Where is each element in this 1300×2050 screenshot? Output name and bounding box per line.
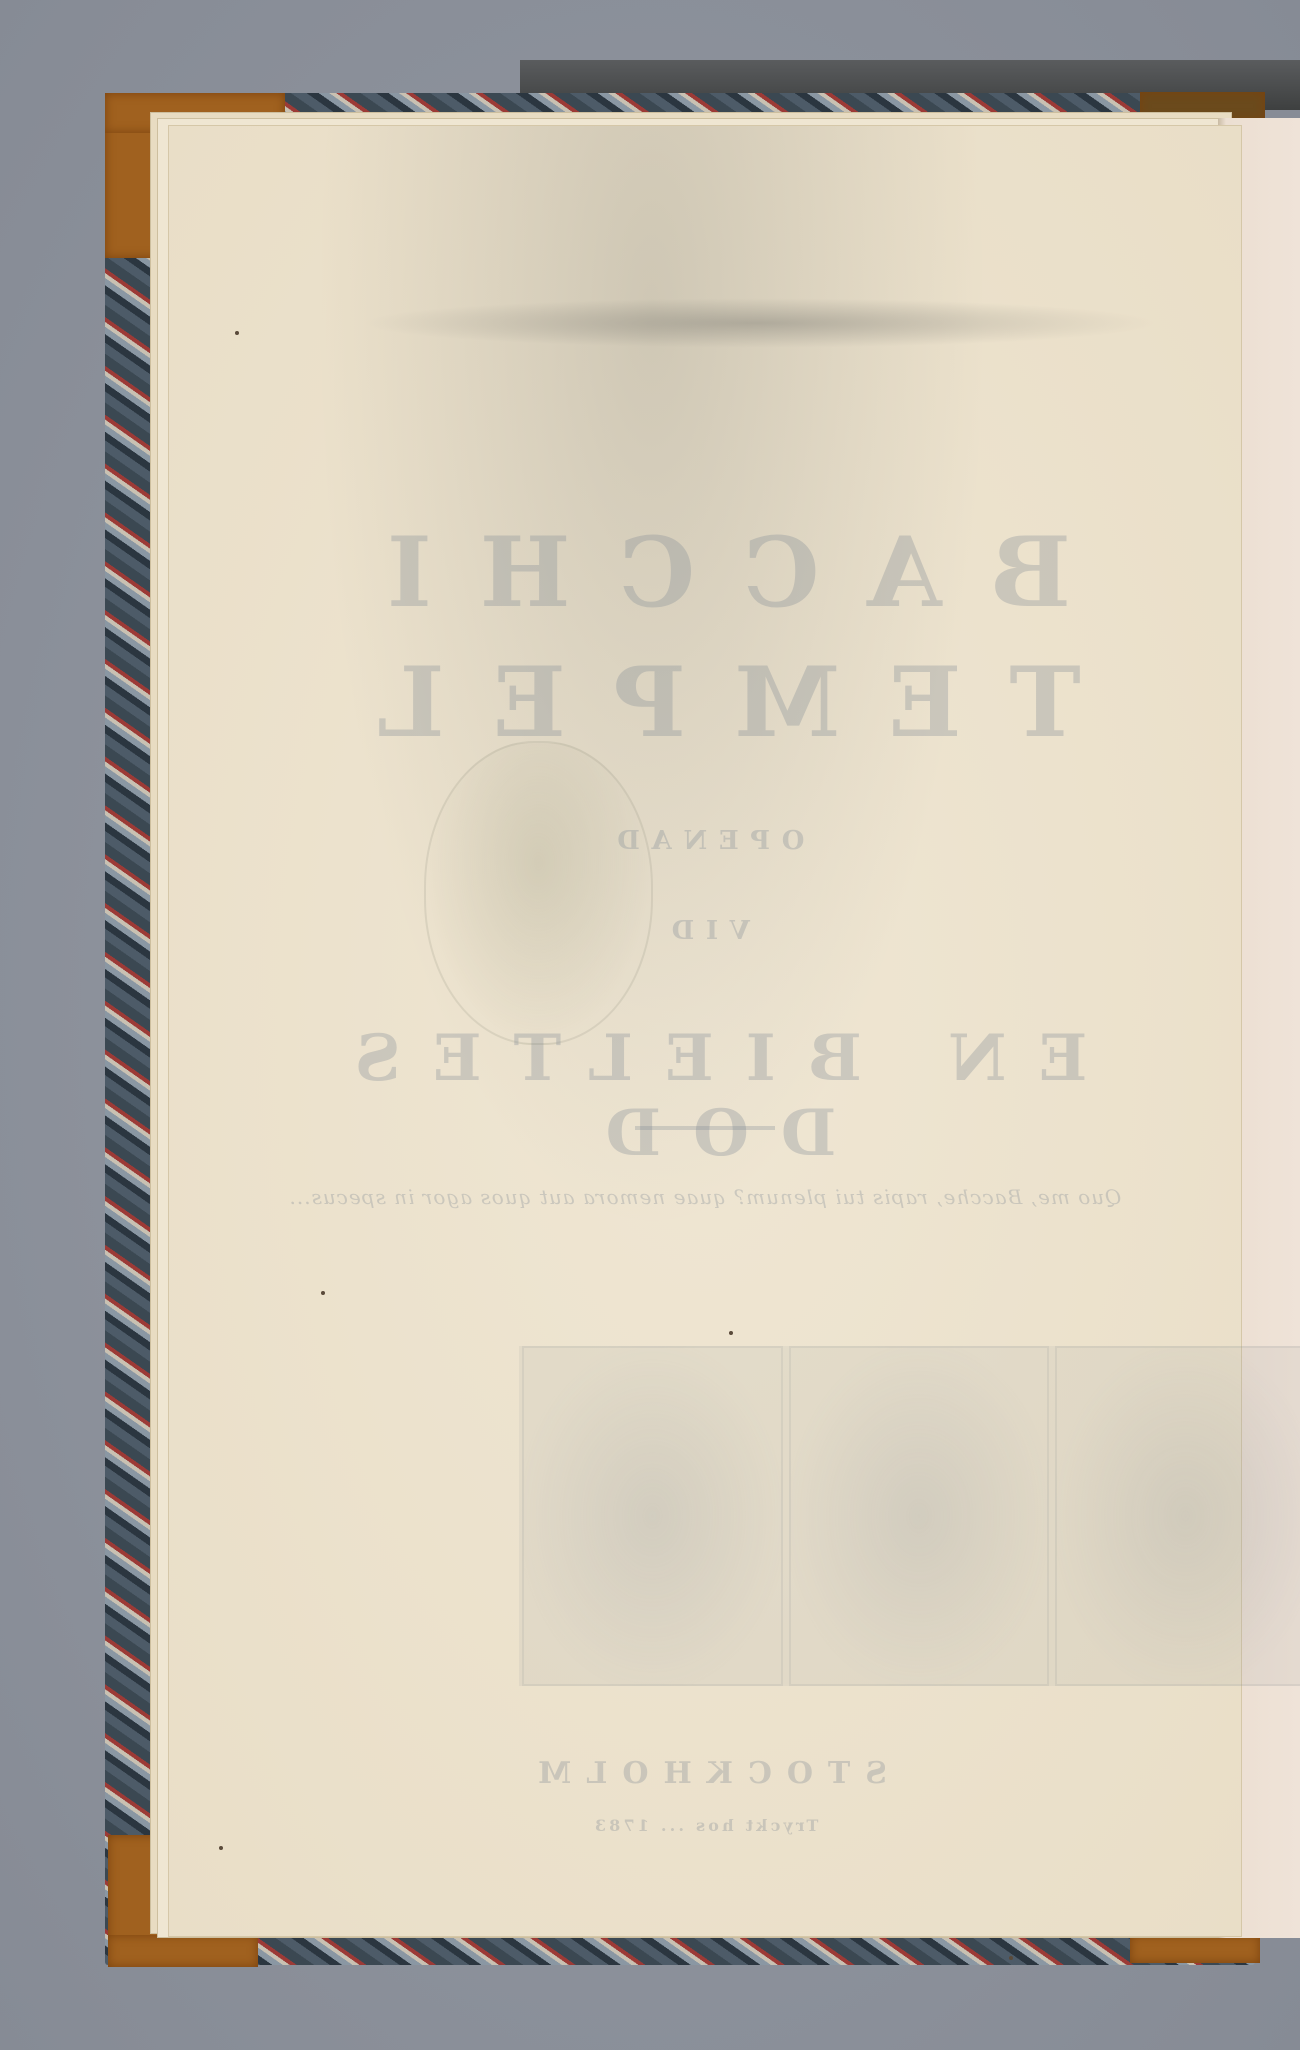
leather-corner-bottom-right (1130, 1935, 1260, 1963)
ghost-place-of-publication: STOCKHOLM (169, 1756, 1241, 1791)
ghost-title-line-2: TEMPEL (169, 646, 1241, 759)
plate-panel-3 (1055, 1346, 1300, 1686)
ghost-engraved-plate (519, 1346, 1300, 1686)
pencil-smudge (359, 298, 1159, 348)
paper-speck (219, 1846, 223, 1850)
ghost-imprint-line: Tryckt hos ... 1783 (169, 1816, 1241, 1835)
ghost-subtitle-2: VID (169, 916, 1241, 946)
ghost-title-line-3: EN BIELTES DOD (169, 1021, 1241, 1171)
blank-verso-page: BACCHI TEMPEL OPENAD VID EN BIELTES DOD … (168, 125, 1242, 1937)
plate-panel-1 (522, 1346, 783, 1686)
ghost-subtitle-1: OPENAD (169, 826, 1241, 856)
paper-speck (235, 331, 239, 335)
leather-corner-bottom-left-edge (108, 1935, 258, 1967)
ghost-title-line-1: BACCHI (169, 516, 1241, 629)
plate-panel-2 (789, 1346, 1050, 1686)
ghost-epigraph: Quo me, Bacche, rapis tui plenum? quae n… (169, 1181, 1241, 1213)
ghost-divider-rule (635, 1126, 775, 1130)
paper-speck (321, 1291, 325, 1295)
paper-speck (729, 1331, 733, 1335)
ghost-coat-of-arms-emblem (424, 741, 653, 1045)
paper-speck (1009, 1956, 1013, 1960)
